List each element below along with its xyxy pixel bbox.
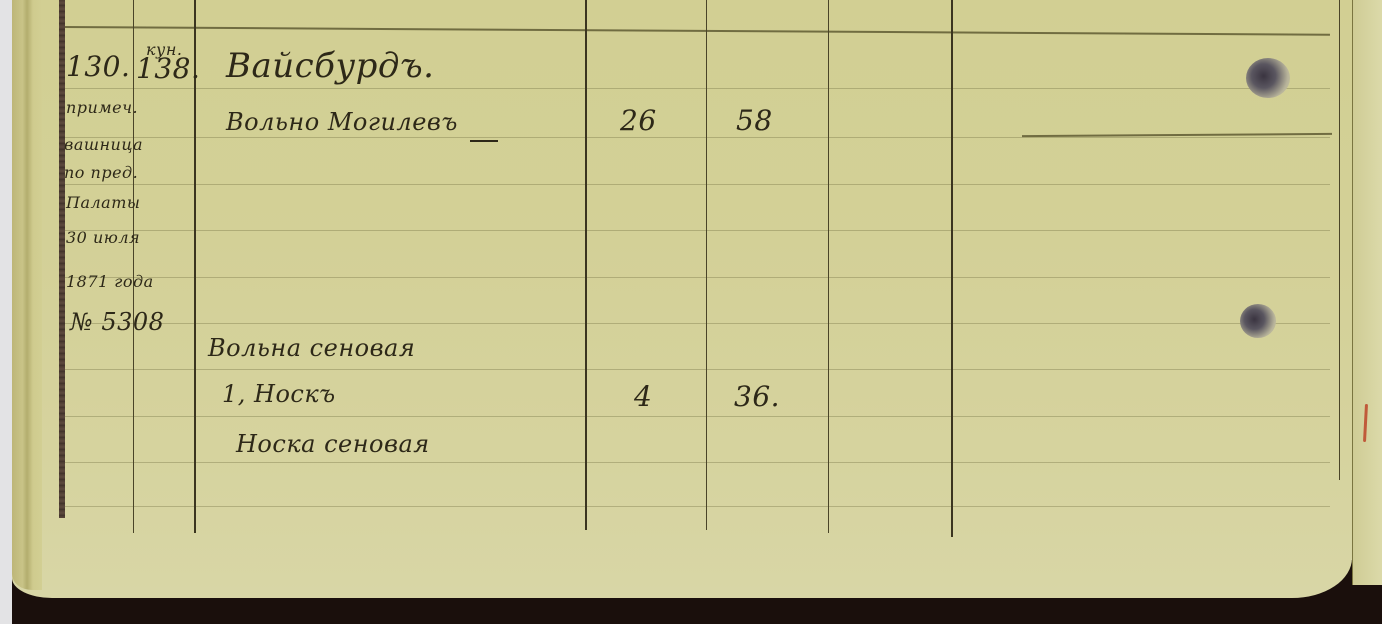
sub-number: 138.: [136, 52, 200, 85]
column-rule: [706, 0, 707, 530]
rule-line: [62, 416, 1330, 417]
item-description: Вольна сеновая: [208, 334, 415, 362]
item-description: 1, Носкъ: [222, 380, 336, 408]
margin-rule: [59, 0, 65, 518]
column-rule: [1339, 0, 1340, 480]
margin-note-line: 1871 года: [66, 272, 154, 291]
margin-note-line: вашница: [64, 135, 143, 154]
ledger-scan: 130. кун. 138. примеч. вашница по пред. …: [0, 0, 1382, 624]
rule-line: [62, 230, 1330, 231]
quantity-value: 26: [620, 104, 657, 137]
rule-line: [62, 184, 1330, 185]
quantity-value: 4: [634, 380, 652, 413]
item-description: Вольно Могилевъ: [226, 108, 458, 136]
ledger-page: [12, 0, 1352, 598]
rule-line: [62, 137, 1330, 138]
next-page-edge: [1352, 0, 1382, 585]
surname-heading: Вайсбурдъ.: [226, 46, 434, 86]
margin-note-line: 30 июля: [66, 228, 140, 247]
rule-line: [62, 506, 1330, 507]
amount-value: 36.: [734, 380, 780, 413]
page-stack-edge: [12, 0, 42, 590]
margin-note-line: Палаты: [66, 193, 140, 212]
amount-value: 58: [736, 104, 773, 137]
rule-line: [62, 462, 1330, 463]
underline-mark: [470, 140, 498, 142]
margin-note-line: примеч.: [66, 98, 138, 117]
entry-number: 130.: [66, 50, 130, 83]
column-rule: [951, 0, 953, 537]
column-rule: [585, 0, 587, 530]
column-rule: [133, 0, 134, 533]
paper-hole: [1240, 304, 1276, 338]
margin-note-line: по пред.: [64, 163, 138, 182]
rule-line: [62, 323, 1330, 324]
item-description: Носка сеновая: [236, 430, 430, 458]
rule-line: [62, 369, 1330, 370]
margin-note-line: № 5308: [70, 308, 164, 336]
rule-line: [62, 88, 1330, 89]
paper-hole: [1246, 58, 1290, 98]
rule-line: [62, 277, 1330, 278]
column-rule: [828, 0, 829, 533]
